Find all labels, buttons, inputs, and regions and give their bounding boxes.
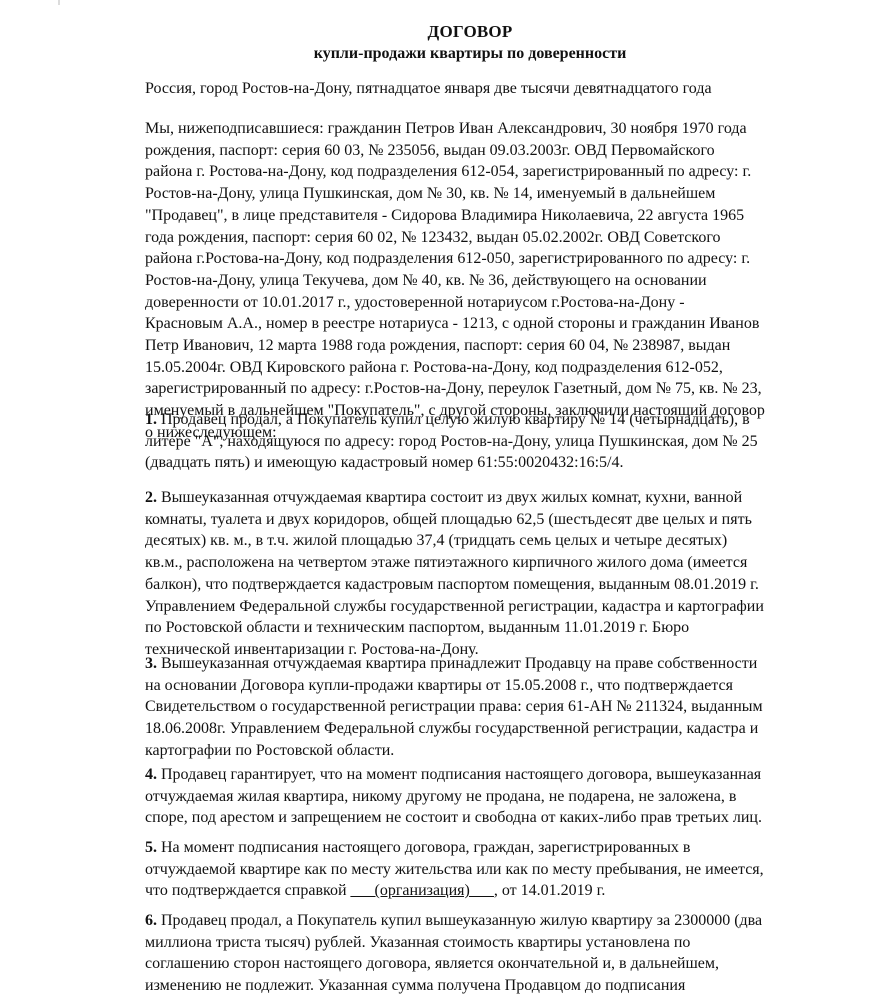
clause-line: Вышеуказанная отчуждаемая квартира состо… <box>157 489 742 506</box>
preamble-line: доверенности от 10.01.2017 г., удостовер… <box>145 292 790 314</box>
preamble-line: Ростов-на-Дону, улица Пушкинская, дом № … <box>145 183 790 205</box>
scan-artifact <box>58 0 60 5</box>
clause-line: отчуждаемой квартире как по месту житель… <box>145 859 790 881</box>
document-page: ДОГОВОР купли-продажи квартиры по довере… <box>0 0 870 998</box>
clause-line: по Ростовской области и техническим пасп… <box>145 617 790 639</box>
clause-number: 5. <box>145 839 157 856</box>
clause-line: соглашению сторон настоящего договора, я… <box>145 953 790 975</box>
clause-line: Вышеуказанная отчуждаемая квартира прина… <box>157 655 757 672</box>
preamble-line: Ростов-на-Дону, улица Текучева, дом № 40… <box>145 270 790 292</box>
clause-line: (двадцать пять) и имеющую кадастровый но… <box>145 452 790 474</box>
clause-line: литере "А", находящуюся по адресу: город… <box>145 431 790 453</box>
clause-6: 6. Продавец продал, а Покупатель купил в… <box>145 910 790 997</box>
preamble-line: "Продавец", в лице представителя - Сидор… <box>145 205 790 227</box>
clause-1: 1. Продавец продал, а Покупатель купил ц… <box>145 409 790 474</box>
clause-number: 6. <box>145 912 157 929</box>
clause-5: 5. На момент подписания настоящего догов… <box>145 837 790 902</box>
document-subtitle: купли-продажи квартиры по доверенности <box>0 43 870 65</box>
clause-3: 3. Вышеуказанная отчуждаемая квартира пр… <box>145 653 790 762</box>
clause-4: 4. Продавец гарантирует, что на момент п… <box>145 764 790 829</box>
clause-line: На момент подписания настоящего договора… <box>157 839 690 856</box>
preamble-line: Петр Иванович, 12 марта 1988 года рожден… <box>145 335 790 357</box>
document-title: ДОГОВОР <box>0 21 870 43</box>
clause-number: 4. <box>145 766 157 783</box>
clause-line: Продавец продал, а Покупатель купил целу… <box>157 411 750 428</box>
clause-line: Продавец гарантирует, что на момент подп… <box>157 766 761 783</box>
clause-line: картографии по Ростовской области. <box>145 740 790 762</box>
clause-line: что подтверждается справкой <box>145 882 351 899</box>
organization-blank: ___(организация)___ <box>351 882 494 899</box>
clause-line: Продавец продал, а Покупатель купил выше… <box>157 912 762 929</box>
preamble-line: года рождения, паспорт: серия 60 02, № 1… <box>145 227 790 249</box>
clause-line: комнаты, туалета и двух коридоров, общей… <box>145 509 790 531</box>
preamble-line: Мы, нижеподписавшиеся: гражданин Петров … <box>145 118 790 140</box>
preamble-line: района г. Ростова-на-Дону, код подраздел… <box>145 161 790 183</box>
clause-line: отчуждаемая жилая квартира, никому друго… <box>145 786 790 808</box>
clause-line: десятых) кв. м., в т.ч. жилой площадью 3… <box>145 530 790 552</box>
clause-line: , от 14.01.2019 г. <box>494 882 606 899</box>
clause-number: 1. <box>145 411 157 428</box>
preamble-line: Красновым А.А., номер в реестре нотариус… <box>145 313 790 335</box>
clause-line: изменению не подлежит. Указанная сумма п… <box>145 975 790 997</box>
clause-line: споре, под арестом и запрещением не сост… <box>145 807 790 829</box>
preamble-line: рождения, паспорт: серия 60 03, № 235056… <box>145 140 790 162</box>
clause-line: балкон), что подтверждается кадастровым … <box>145 574 790 596</box>
clause-line: Управлением Федеральной службы государст… <box>145 596 790 618</box>
preamble-line: района г.Ростова-на-Дону, код подразделе… <box>145 248 790 270</box>
clause-2: 2. Вышеуказанная отчуждаемая квартира со… <box>145 487 790 661</box>
clause-line: миллиона триста тысяч) рублей. Указанная… <box>145 932 790 954</box>
clause-number: 2. <box>145 489 157 506</box>
clause-line: кв.м., расположена на четвертом этаже пя… <box>145 552 790 574</box>
clause-line: Свидетельством о государственной регистр… <box>145 696 790 718</box>
preamble-line: зарегистрированный по адресу: г.Ростов-н… <box>145 378 790 400</box>
preamble-line: 15.05.2004г. ОВД Кировского района г. Ро… <box>145 357 790 379</box>
preamble-paragraph: Мы, нижеподписавшиеся: гражданин Петров … <box>145 118 790 444</box>
clause-line: на основании Договора купли-продажи квар… <box>145 675 790 697</box>
place-and-date: Россия, город Ростов-на-Дону, пятнадцато… <box>145 78 785 100</box>
clause-line: 18.06.2008г. Управлением Федеральной слу… <box>145 718 790 740</box>
clause-number: 3. <box>145 655 157 672</box>
